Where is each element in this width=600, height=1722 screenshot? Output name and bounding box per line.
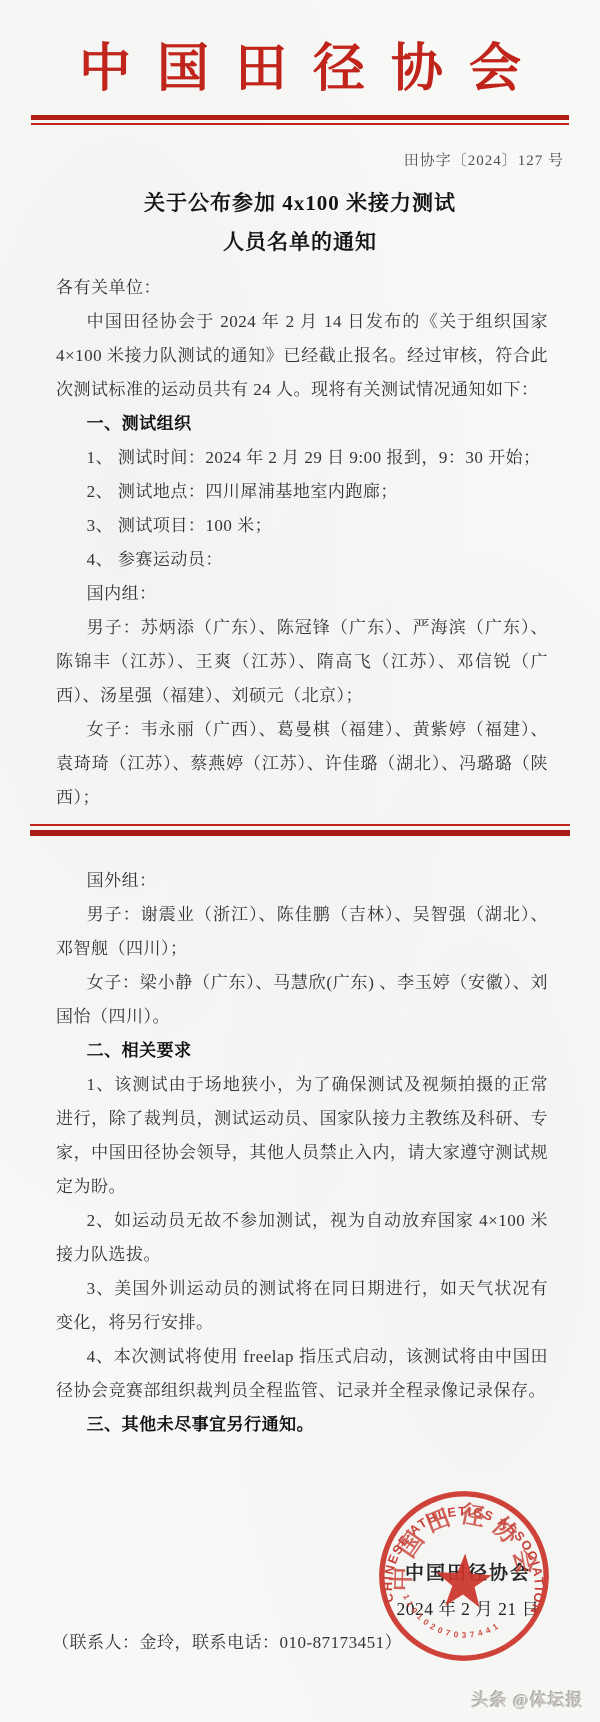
contact-line: （联系人：金玲，联系电话：010-87173451） xyxy=(52,1628,402,1653)
section-3-heading: 三、其他未尽事宜另行通知。 xyxy=(56,1408,548,1442)
scanned-notice-document: 中国田径协会 田协字〔2024〕127 号 关于公布参加 4x100 米接力测试… xyxy=(0,0,600,1722)
intro-paragraph: 中国田径协会于 2024 年 2 月 14 日发布的《关于组织国家 4×100 … xyxy=(56,305,548,407)
item-test-location: 2、 测试地点：四川犀浦基地室内跑廊； xyxy=(56,475,548,509)
requirement-2: 2、如运动员无故不参加测试，视为自动放弃国家 4×100 米接力队选拔。 xyxy=(56,1204,548,1272)
notice-title-line1: 关于公布参加 4x100 米接力测试 xyxy=(0,184,600,223)
seal-star-icon xyxy=(435,1552,493,1608)
document-number: 田协字〔2024〕127 号 xyxy=(0,151,564,172)
overseas-women-list: 女子：梁小静（广东）、马慧欣(广东) 、李玉婷（安徽）、刘国怡（四川）。 xyxy=(56,966,548,1034)
item-test-event: 3、 测试项目：100 米； xyxy=(56,509,548,543)
salutation: 各有关单位： xyxy=(56,271,548,305)
toutiao-watermark: 头条 @体坛报 xyxy=(472,1686,584,1711)
requirement-3: 3、美国外训运动员的测试将在同日期进行，如天气状况有变化，将另行安排。 xyxy=(56,1272,548,1340)
overseas-men-list: 男子：谢震业（浙江）、陈佳鹏（吉林）、吴智强（湖北）、邓智舰（四川）； xyxy=(56,898,548,966)
domestic-women-list: 女子：韦永丽（广西）、葛曼棋（福建）、黄紫婷（福建）、袁琦琦（江苏）、蔡燕婷（江… xyxy=(56,713,548,815)
section-1-heading: 一、测试组织 xyxy=(56,407,548,441)
requirement-1: 1、该测试由于场地狭小，为了确保测试及视频拍摄的正常进行，除了裁判员，测试运动员… xyxy=(56,1068,548,1204)
notice-body-part1: 各有关单位： 中国田径协会于 2024 年 2 月 14 日发布的《关于组织国家… xyxy=(0,271,600,815)
notice-body-part2: 国外组： 男子：谢震业（浙江）、陈佳鹏（吉林）、吴智强（湖北）、邓智舰（四川）；… xyxy=(0,864,600,1442)
page-break-double-rule xyxy=(30,824,570,836)
item-athletes: 4、 参赛运动员： xyxy=(56,543,548,577)
overseas-group-label: 国外组： xyxy=(56,864,548,898)
letterhead-double-rule xyxy=(31,115,569,125)
section-2-heading: 二、相关要求 xyxy=(56,1034,548,1068)
official-seal-stamp-icon: CHINESE ATHLETICS ASSOCIATION 中国田径协会 110… xyxy=(372,1484,557,1669)
domestic-group-label: 国内组： xyxy=(56,577,548,611)
notice-title: 关于公布参加 4x100 米接力测试 人员名单的通知 xyxy=(0,184,600,262)
letterhead-org-name: 中国田径协会 xyxy=(0,0,600,106)
notice-title-line2: 人员名单的通知 xyxy=(0,223,600,262)
domestic-men-list: 男子：苏炳添（广东）、陈冠锋（广东）、严海滨（广东）、陈锦丰（江苏）、王爽（江苏… xyxy=(56,611,548,713)
item-test-time: 1、 测试时间：2024 年 2 月 29 日 9:00 报到，9：30 开始； xyxy=(56,441,548,475)
requirement-4: 4、本次测试将使用 freelap 指压式启动，该测试将由中国田径协会竞赛部组织… xyxy=(56,1340,548,1408)
